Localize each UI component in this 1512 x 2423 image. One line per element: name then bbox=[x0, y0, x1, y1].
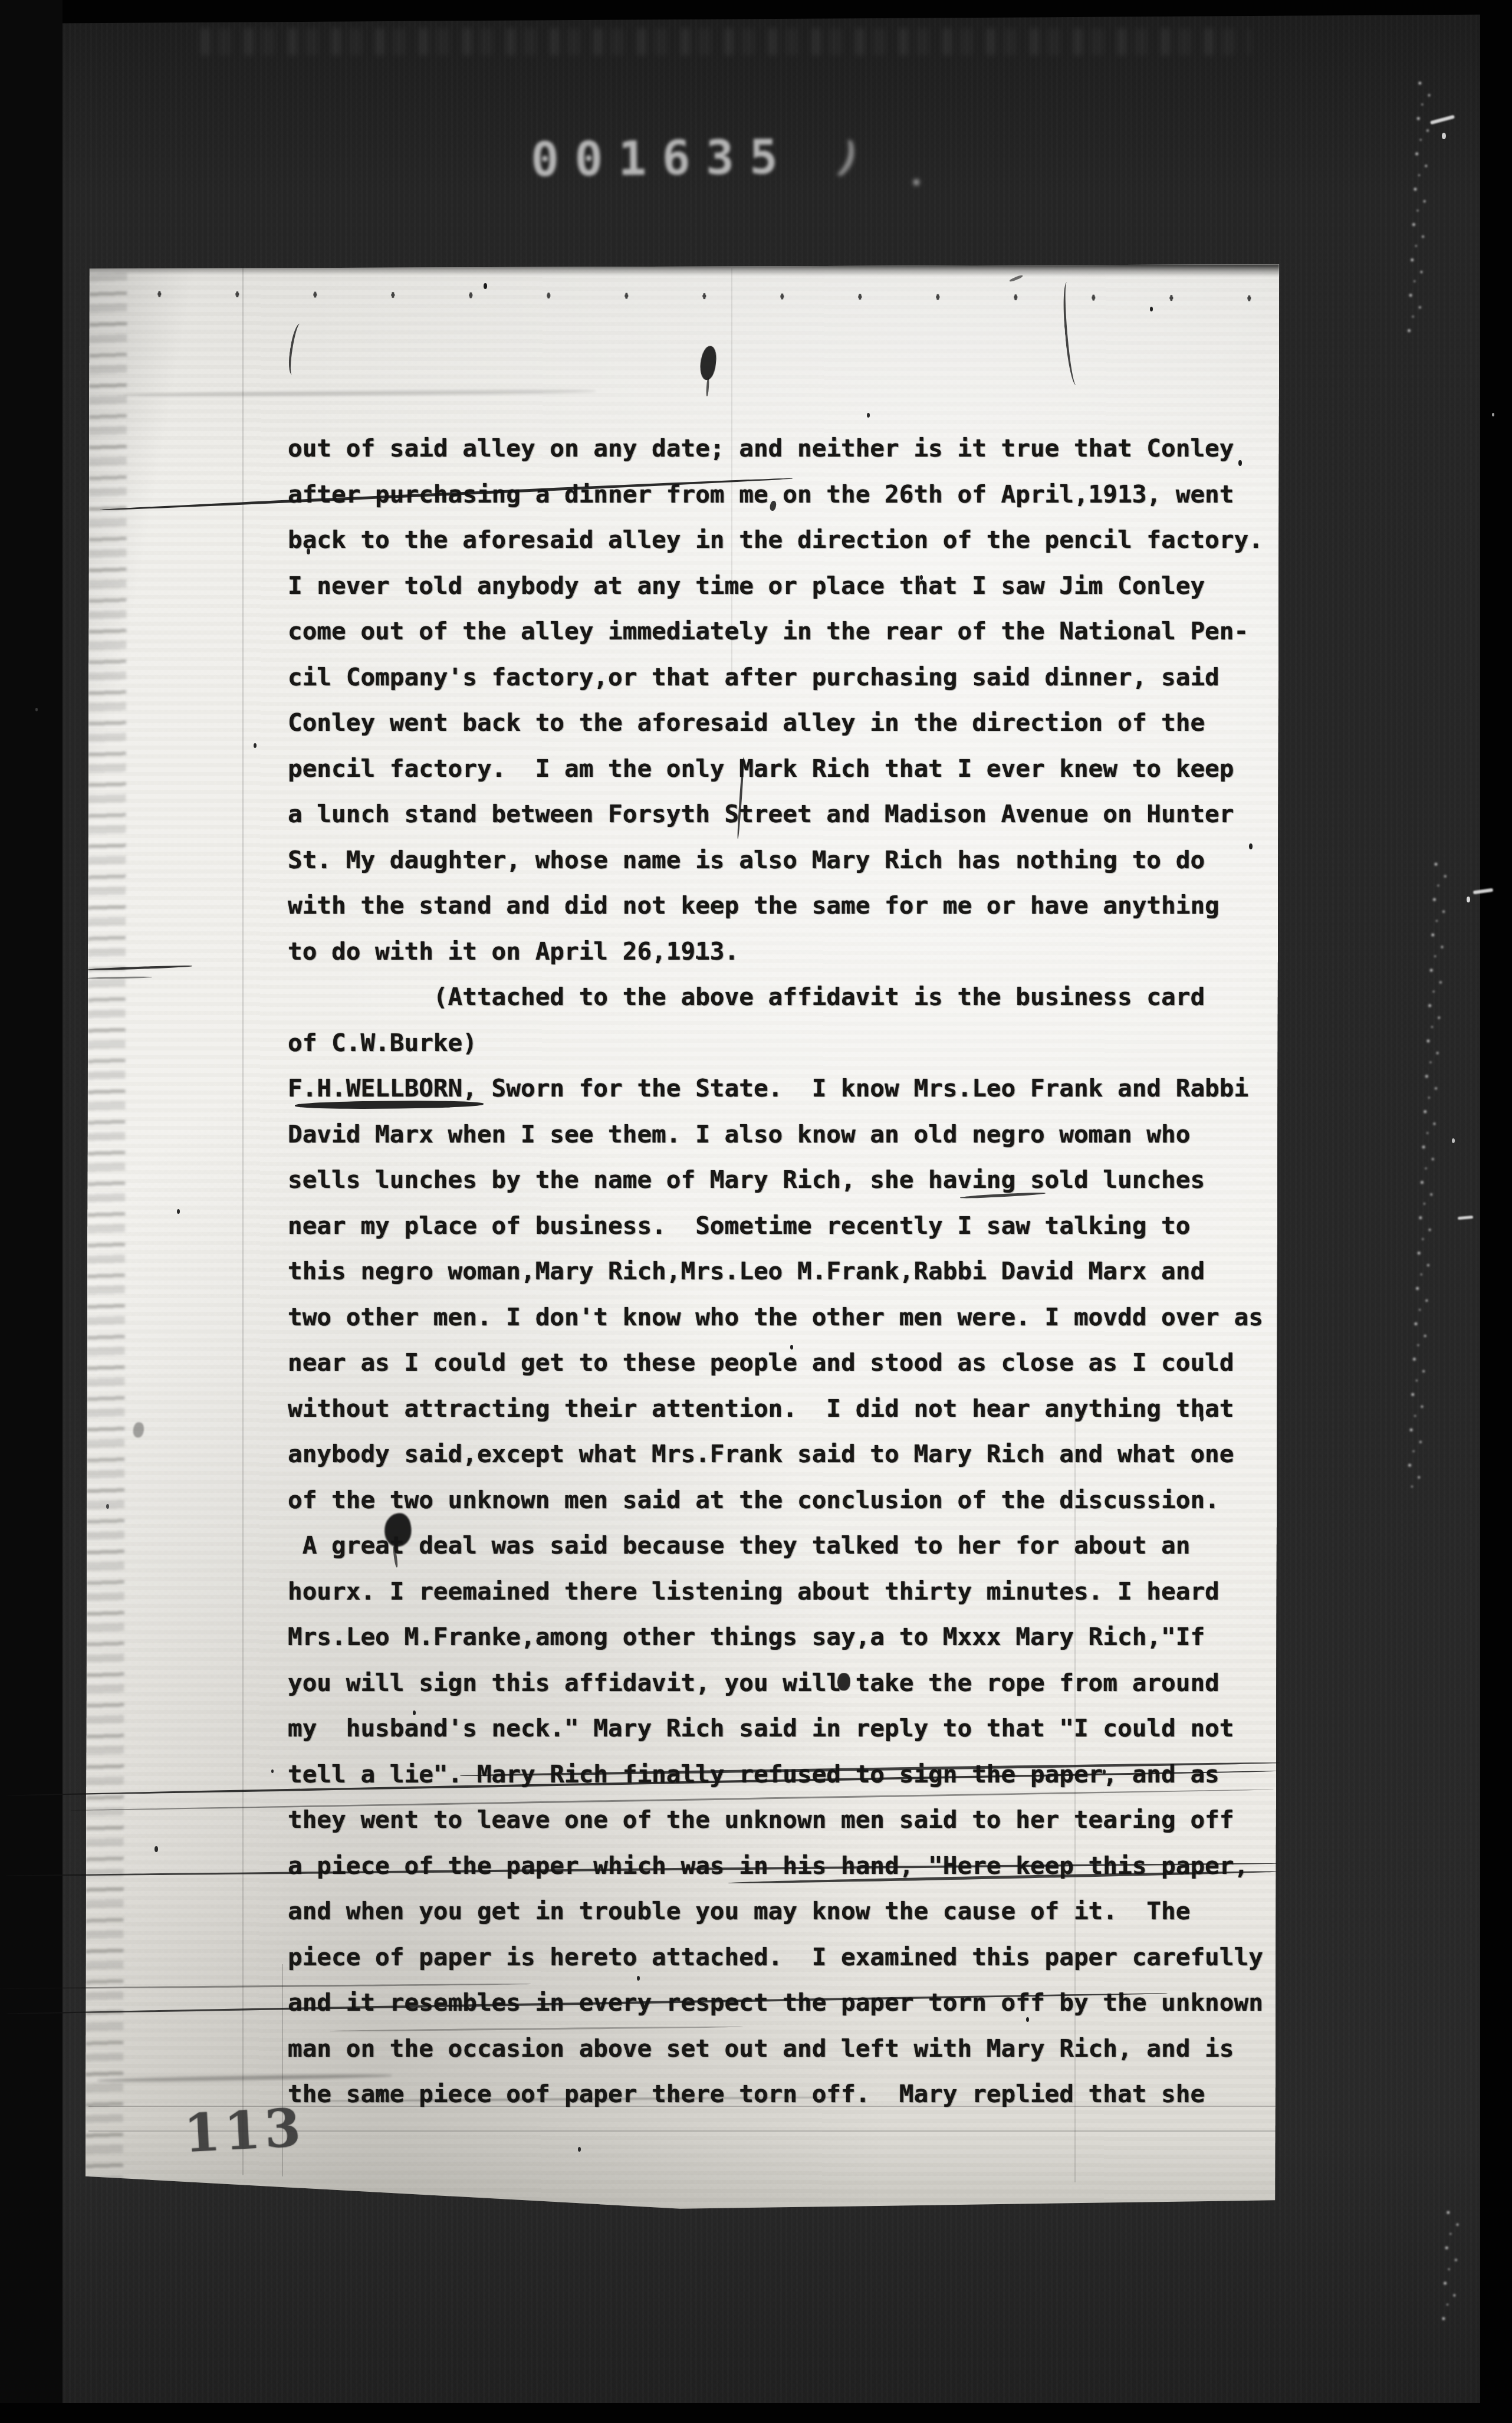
document-line: back to the aforesaid alley in the direc… bbox=[288, 517, 1263, 563]
document-line: Conley went back to the aforesaid alley … bbox=[288, 700, 1263, 746]
dust-speck bbox=[1249, 843, 1253, 849]
document-line: my husband's neck." Mary Rich said in re… bbox=[288, 1706, 1263, 1752]
document-line: A great deal was said because they talke… bbox=[288, 1523, 1263, 1569]
dust-speck bbox=[867, 413, 870, 418]
document-line: sells lunches by the name of Mary Rich, … bbox=[288, 1157, 1263, 1203]
document-line: St. My daughter, whose name is also Mary… bbox=[288, 838, 1263, 884]
document-line: the same piece oof paper there torn off.… bbox=[288, 2071, 1263, 2117]
document-line: of the two unknown men said at the concl… bbox=[288, 1478, 1263, 1524]
document-line: a lunch stand between Forsyth Street and… bbox=[288, 792, 1263, 838]
document-line: out of said alley on any date; and neith… bbox=[288, 426, 1263, 472]
film-edge-left bbox=[0, 0, 63, 2423]
dust-speck bbox=[177, 1209, 180, 1214]
fold-line-vertical-1 bbox=[242, 267, 244, 2175]
document-line: two other men. I don't know who the othe… bbox=[288, 1295, 1263, 1341]
document-line: I never told anybody at any time or plac… bbox=[288, 563, 1263, 609]
document-line: and it resembles in every respect the pa… bbox=[288, 1980, 1263, 2026]
frame-number: 001635 bbox=[531, 130, 794, 188]
document-line: (Attached to the above affidavit is the … bbox=[288, 974, 1263, 1020]
dust-speck bbox=[377, 2091, 381, 2097]
document-line: come out of the alley immediately in the… bbox=[288, 609, 1263, 655]
dust-speck bbox=[413, 1710, 416, 1715]
dust-speck bbox=[1026, 2017, 1029, 2022]
dust-speck bbox=[1467, 897, 1470, 902]
document-line: this negro woman,Mary Rich,Mrs.Leo M.Fra… bbox=[288, 1249, 1263, 1295]
dust-speck bbox=[484, 283, 487, 289]
microfilm-frame: 001635 ) out of said alley on any date; … bbox=[0, 0, 1512, 2423]
dust-speck bbox=[1150, 307, 1153, 311]
ghost-text-artifact bbox=[200, 28, 1250, 55]
document-line: of C.W.Burke) bbox=[288, 1020, 1263, 1066]
dust-speck bbox=[1452, 1138, 1455, 1143]
dust-speck bbox=[307, 549, 310, 554]
document-line: near my place of business. Sometime rece… bbox=[288, 1203, 1263, 1249]
dust-speck bbox=[1238, 460, 1242, 466]
dust-speck bbox=[578, 2147, 581, 2152]
document-line: anybody said,except what Mrs.Frank said … bbox=[288, 1432, 1263, 1478]
document-line: hourx. I reemained there listening about… bbox=[288, 1569, 1263, 1615]
document-line: without attracting their attention. I di… bbox=[288, 1386, 1263, 1432]
perforation-dots-row bbox=[154, 287, 1255, 306]
dust-speck bbox=[155, 1846, 158, 1852]
document-line: near as I could get to these people and … bbox=[288, 1340, 1263, 1386]
page-number: 113 bbox=[182, 2097, 306, 2165]
document-line: David Marx when I see them. I also know … bbox=[288, 1112, 1263, 1158]
stamp-dot bbox=[913, 179, 919, 185]
document-line: pencil factory. I am the only Mark Rich … bbox=[288, 746, 1263, 792]
document-line: Mrs.Leo M.Franke,among other things say,… bbox=[288, 1614, 1263, 1660]
film-edge-bottom bbox=[0, 2403, 1512, 2423]
document-line: you will sign this affidavit, you will t… bbox=[288, 1660, 1263, 1706]
frame-number-stamp: 001635 ) bbox=[531, 130, 794, 188]
dust-speck bbox=[790, 1345, 793, 1350]
dust-speck bbox=[920, 575, 923, 580]
document-line: piece of paper is hereto attached. I exa… bbox=[288, 1935, 1263, 1981]
document-text: out of said alley on any date; and neith… bbox=[288, 426, 1263, 2117]
document-line: to do with it on April 26,1913. bbox=[288, 929, 1263, 975]
dust-speck bbox=[106, 1504, 109, 1509]
ink-blot-say bbox=[837, 1673, 850, 1691]
dust-speck bbox=[637, 1976, 640, 1981]
dust-speck bbox=[254, 743, 257, 748]
document-line: cil Company's factory,or that after purc… bbox=[288, 655, 1263, 701]
document-line: with the stand and did not keep the same… bbox=[288, 883, 1263, 929]
document-line: and when you get in trouble you may know… bbox=[288, 1889, 1263, 1935]
document-line: man on the occasion above set out and le… bbox=[288, 2026, 1263, 2072]
film-edge-right bbox=[1480, 0, 1512, 2423]
dust-speck bbox=[1200, 1416, 1204, 1421]
